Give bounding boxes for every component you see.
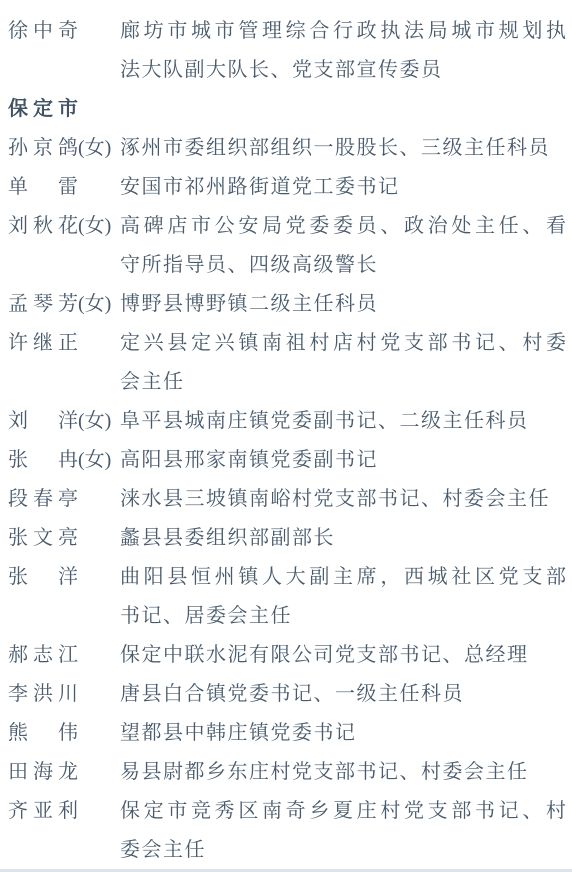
person-name: 许继正 <box>8 324 78 363</box>
position-cell: 曲阳县恒州镇人大副主席，西城社区党支部书记、居委会主任 <box>120 558 566 636</box>
person-name-cell: 许继正 <box>8 324 120 363</box>
position-line: 廊坊市城市管理综合行政执法局城市规划执 <box>120 12 566 51</box>
position-line: 书记、居委会主任 <box>120 597 566 636</box>
person-name: 刘洋 <box>8 402 78 441</box>
document-page: 徐中奇 廊坊市城市管理综合行政执法局城市规划执法大队副大队长、党支部宣传委员 保… <box>0 0 572 870</box>
roster-entry: 段春亭 涞水县三坡镇南峪村党支部书记、村委会主任 <box>8 480 572 519</box>
roster-entry: 许继正 定兴县定兴镇南祖村店村党支部书记、村委会主任 <box>8 324 572 402</box>
person-name-cell: 田海龙 <box>8 753 120 792</box>
person-name: 徐中奇 <box>8 12 78 51</box>
position-cell: 安国市祁州路街道党工委书记 <box>120 168 566 207</box>
position-cell: 保定市竞秀区南奇乡夏庄村党支部书记、村委会主任 <box>120 792 566 870</box>
roster-entry: 熊伟 望都县中韩庄镇党委书记 <box>8 714 572 753</box>
section-header: 保定市 <box>8 90 78 129</box>
position-cell: 博野县博野镇二级主任科员 <box>120 285 566 324</box>
position-line: 曲阳县恒州镇人大副主席，西城社区党支部 <box>120 558 566 597</box>
person-name: 齐亚利 <box>8 792 78 831</box>
position-line: 定兴县定兴镇南祖村店村党支部书记、村委 <box>120 324 566 363</box>
section-header-cell: 保定市 <box>8 90 120 129</box>
female-marker: (女) <box>78 207 111 246</box>
roster-entry: 刘秋花(女) 高碑店市公安局党委委员、政治处主任、看守所指导员、四级高级警长 <box>8 207 572 285</box>
position-line: 委会主任 <box>120 831 566 870</box>
female-marker: (女) <box>78 402 111 441</box>
position-line: 唐县白合镇党委书记、一级主任科员 <box>120 675 566 714</box>
roster-entry: 张冉(女) 高阳县邢家南镇党委副书记 <box>8 441 572 480</box>
person-name-cell: 张洋 <box>8 558 120 597</box>
position-cell: 高阳县邢家南镇党委副书记 <box>120 441 566 480</box>
position-cell: 保定中联水泥有限公司党支部书记、总经理 <box>120 636 566 675</box>
position-line: 高阳县邢家南镇党委副书记 <box>120 441 566 480</box>
position-line: 会主任 <box>120 363 566 402</box>
position-line: 保定市竞秀区南奇乡夏庄村党支部书记、村 <box>120 792 566 831</box>
person-name-cell: 孙京鸽(女) <box>8 129 120 168</box>
position-cell: 高碑店市公安局党委委员、政治处主任、看守所指导员、四级高级警长 <box>120 207 566 285</box>
person-name-cell: 徐中奇 <box>8 12 120 51</box>
position-cell: 定兴县定兴镇南祖村店村党支部书记、村委会主任 <box>120 324 566 402</box>
person-name: 单雷 <box>8 168 78 207</box>
position-line: 涞水县三坡镇南峪村党支部书记、村委会主任 <box>120 480 566 519</box>
roster: 徐中奇 廊坊市城市管理综合行政执法局城市规划执法大队副大队长、党支部宣传委员 保… <box>8 12 572 870</box>
position-line: 蠡县县委组织部副部长 <box>120 519 566 558</box>
position-line: 安国市祁州路街道党工委书记 <box>120 168 566 207</box>
female-marker: (女) <box>78 285 111 324</box>
person-name-cell: 张冉(女) <box>8 441 120 480</box>
roster-entry: 张洋 曲阳县恒州镇人大副主席，西城社区党支部书记、居委会主任 <box>8 558 572 636</box>
person-name-cell: 张文亮 <box>8 519 120 558</box>
person-name-cell: 熊伟 <box>8 714 120 753</box>
person-name: 郝志江 <box>8 636 78 675</box>
position-line: 高碑店市公安局党委委员、政治处主任、看 <box>120 207 566 246</box>
person-name-cell: 齐亚利 <box>8 792 120 831</box>
roster-entry: 齐亚利 保定市竞秀区南奇乡夏庄村党支部书记、村委会主任 <box>8 792 572 870</box>
person-name-cell: 郝志江 <box>8 636 120 675</box>
roster-entry: 郝志江 保定中联水泥有限公司党支部书记、总经理 <box>8 636 572 675</box>
person-name-cell: 刘洋(女) <box>8 402 120 441</box>
person-name: 段春亭 <box>8 480 78 519</box>
position-line: 博野县博野镇二级主任科员 <box>120 285 566 324</box>
position-line: 望都县中韩庄镇党委书记 <box>120 714 566 753</box>
person-name: 张冉 <box>8 441 78 480</box>
position-line: 守所指导员、四级高级警长 <box>120 246 566 285</box>
position-cell: 易县尉都乡东庄村党支部书记、村委会主任 <box>120 753 566 792</box>
section-header-row: 保定市 <box>8 90 572 129</box>
position-line: 易县尉都乡东庄村党支部书记、村委会主任 <box>120 753 566 792</box>
roster-entry: 李洪川 唐县白合镇党委书记、一级主任科员 <box>8 675 572 714</box>
roster-entry: 徐中奇 廊坊市城市管理综合行政执法局城市规划执法大队副大队长、党支部宣传委员 <box>8 12 572 90</box>
person-name-cell: 孟琴芳(女) <box>8 285 120 324</box>
person-name: 张文亮 <box>8 519 78 558</box>
position-cell: 望都县中韩庄镇党委书记 <box>120 714 566 753</box>
person-name-cell: 单雷 <box>8 168 120 207</box>
position-cell: 涞水县三坡镇南峪村党支部书记、村委会主任 <box>120 480 566 519</box>
person-name-cell: 刘秋花(女) <box>8 207 120 246</box>
roster-entry: 单雷 安国市祁州路街道党工委书记 <box>8 168 572 207</box>
person-name: 熊伟 <box>8 714 78 753</box>
position-line: 保定中联水泥有限公司党支部书记、总经理 <box>120 636 566 675</box>
person-name: 张洋 <box>8 558 78 597</box>
roster-entry: 田海龙 易县尉都乡东庄村党支部书记、村委会主任 <box>8 753 572 792</box>
position-cell: 廊坊市城市管理综合行政执法局城市规划执法大队副大队长、党支部宣传委员 <box>120 12 566 90</box>
female-marker: (女) <box>78 129 111 168</box>
person-name-cell: 李洪川 <box>8 675 120 714</box>
person-name: 刘秋花 <box>8 207 78 246</box>
roster-entry: 刘洋(女) 阜平县城南庄镇党委副书记、二级主任科员 <box>8 402 572 441</box>
roster-entry: 张文亮 蠡县县委组织部副部长 <box>8 519 572 558</box>
person-name-cell: 段春亭 <box>8 480 120 519</box>
position-cell: 涿州市委组织部组织一股股长、三级主任科员 <box>120 129 566 168</box>
roster-entry: 孟琴芳(女) 博野县博野镇二级主任科员 <box>8 285 572 324</box>
person-name: 孙京鸽 <box>8 129 78 168</box>
person-name: 孟琴芳 <box>8 285 78 324</box>
position-line: 阜平县城南庄镇党委副书记、二级主任科员 <box>120 402 566 441</box>
female-marker: (女) <box>78 441 111 480</box>
roster-entry: 孙京鸽(女) 涿州市委组织部组织一股股长、三级主任科员 <box>8 129 572 168</box>
position-line: 法大队副大队长、党支部宣传委员 <box>120 51 566 90</box>
position-cell: 阜平县城南庄镇党委副书记、二级主任科员 <box>120 402 566 441</box>
position-cell: 唐县白合镇党委书记、一级主任科员 <box>120 675 566 714</box>
position-line: 涿州市委组织部组织一股股长、三级主任科员 <box>120 129 566 168</box>
person-name: 田海龙 <box>8 753 78 792</box>
position-cell: 蠡县县委组织部副部长 <box>120 519 566 558</box>
person-name: 李洪川 <box>8 675 78 714</box>
